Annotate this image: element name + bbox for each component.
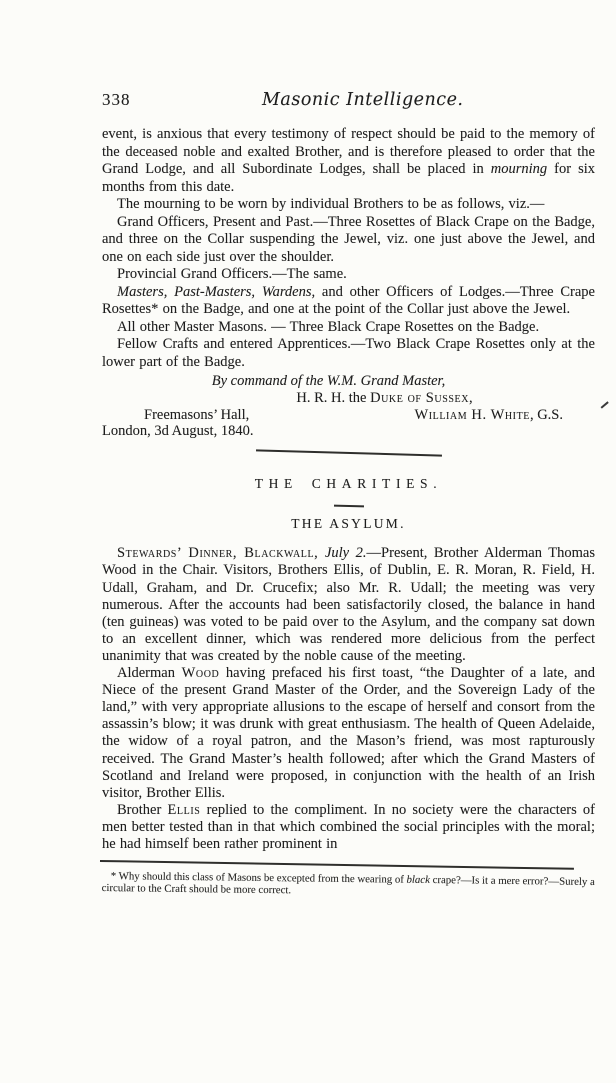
paragraph: Brother Ellis replied to the compliment.… [102,802,595,853]
charities-heading: THE CHARITIES. [102,476,595,492]
footnote-area: * Why should this class of Masons be exc… [102,861,595,900]
text-segment: —Present, Brother Alderman Thomas Wood i… [102,545,595,664]
scanned-page: 338 Masonic Intelligence. event, is anxi… [0,0,616,1083]
text-segment: Grand Officers, Present and Past.—Three … [102,214,595,265]
text-segment: having prefaced his first toast, “the Da… [102,665,595,801]
text-segment: Alderman [117,665,182,681]
section-divider [256,450,442,457]
paragraph: Provincial Grand Officers.—The same. [102,266,595,284]
notice-paragraphs: event, is anxious that every testimony o… [102,126,595,371]
text-segment: , G.S. [530,407,563,423]
text-segment: Fellow Crafts and entered Apprentices.—T… [102,336,595,370]
text-segment: All other Master Masons. — Three Black C… [117,319,539,335]
footnote-divider [100,860,574,869]
signature-hrh-line: H. R. H. the Duke of Sussex, [102,390,595,407]
paragraph: Alderman Wood having prefaced his first … [102,665,595,802]
smallcaps-text: Duke of Sussex [370,390,469,406]
signature-name: William H. White, G.S. [414,407,563,424]
page-number: 338 [102,90,131,110]
page-header: 338 Masonic Intelligence. [102,90,595,110]
mourning-notice-section: event, is anxious that every testimony o… [102,126,595,440]
signature-dateline: London, 3d August, 1840. [102,423,595,440]
text-segment: H. R. H. the [296,390,370,406]
text-segment: Brother [117,802,168,818]
smallcaps-text: Wood [182,665,220,681]
paragraph: The mourning to be worn by individual Br… [102,196,595,214]
running-title: Masonic Intelligence. [131,90,596,110]
page-content: 338 Masonic Intelligence. event, is anxi… [0,0,616,894]
text-segment [318,545,325,561]
text-segment: , [469,390,473,406]
paragraph: Grand Officers, Present and Past.—Three … [102,214,595,267]
italic-text: Masters, Past-Masters, Wardens, [117,284,315,300]
italic-text: July 2. [325,545,367,561]
signature-place: Freemasons’ Hall, [144,407,249,424]
footnote: * Why should this class of Masons be exc… [102,870,595,900]
paragraph: Fellow Crafts and entered Apprentices.—T… [102,336,595,371]
asylum-heading: THE ASYLUM. [102,516,595,532]
smallcaps-text: Ellis [168,802,201,818]
paragraph: All other Master Masons. — Three Black C… [102,319,595,337]
paragraph: Stewards’ Dinner, Blackwall, July 2.—Pre… [102,545,595,665]
text-segment: Provincial Grand Officers.—The same. [117,266,347,282]
smallcaps-text: William H. White [414,407,530,423]
signature-block: By command of the W.M. Grand Master, H. … [102,373,595,440]
asylum-paragraphs: Stewards’ Dinner, Blackwall, July 2.—Pre… [102,545,595,853]
smallcaps-text: Stewards’ Dinner, Blackwall, [117,545,318,561]
signature-row: Freemasons’ Hall, William H. White, G.S. [102,407,595,424]
paragraph: Masters, Past-Masters, Wardens, and othe… [102,284,595,319]
italic-text: mourning [491,161,547,177]
italic-text: black [406,873,430,885]
signature-byline: By command of the W.M. Grand Master, [102,373,595,390]
subsection-divider [333,504,363,506]
paragraph: event, is anxious that every testimony o… [102,126,595,196]
text-segment: The mourning to be worn by individual Br… [117,196,544,212]
